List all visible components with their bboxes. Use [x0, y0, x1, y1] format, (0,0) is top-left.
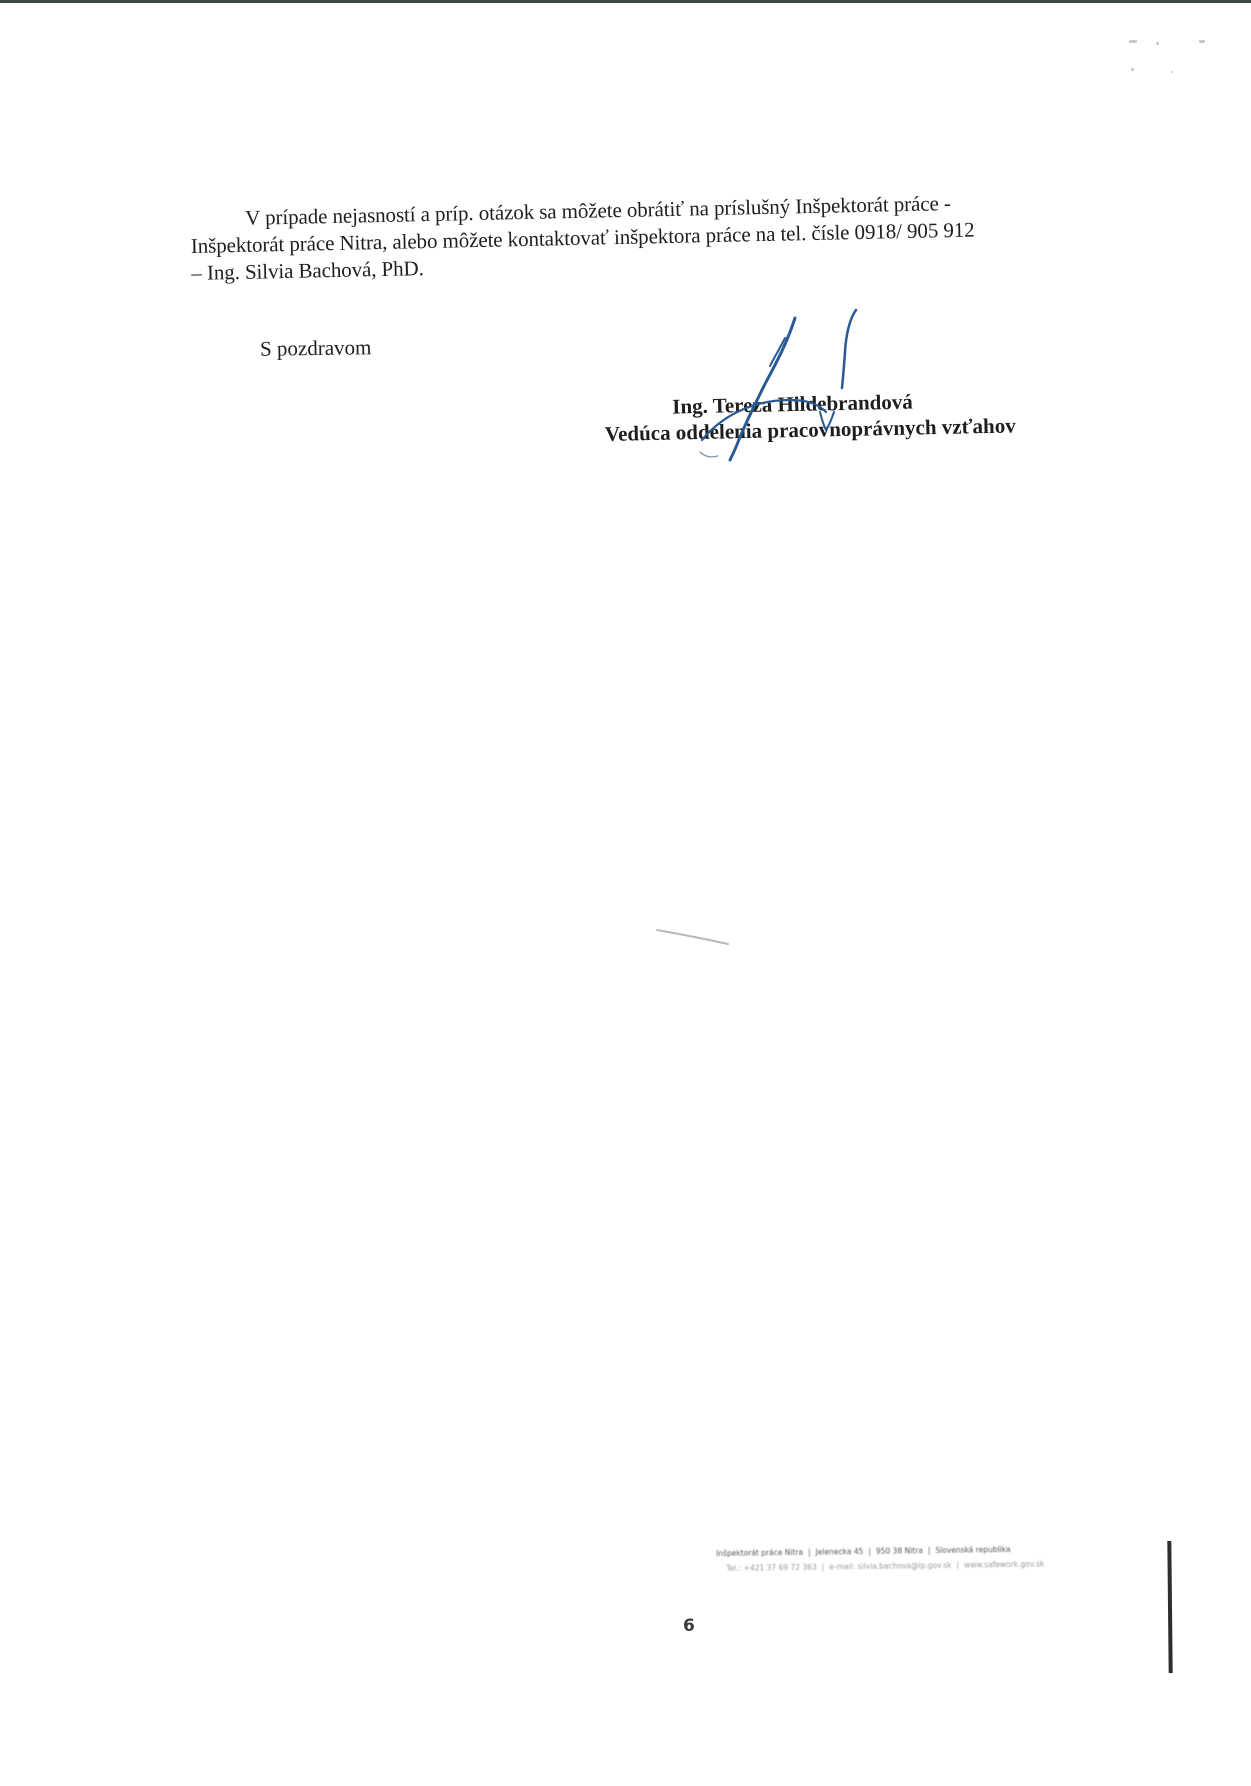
scan-top-edge	[0, 0, 1251, 3]
footer-street: Jelenecka 45	[816, 1547, 864, 1557]
letterhead-footer: Inšpektorát práce Nitra|Jelenecka 45|950…	[716, 1540, 1156, 1576]
scan-speck	[1199, 40, 1205, 43]
footer-country: Slovenská republika	[935, 1545, 1010, 1555]
scan-speck	[1156, 42, 1159, 45]
page-number: 6	[683, 1616, 695, 1636]
footer-email[interactable]: e-mail: silvia.bachova@ip.gov.sk	[829, 1561, 951, 1572]
footer-org: Inšpektorát práce Nitra	[716, 1548, 803, 1558]
footer-city: 950 38 Nitra	[876, 1546, 923, 1556]
scan-speck	[1171, 71, 1173, 73]
scan-speck	[1129, 40, 1137, 43]
scan-stray-line	[655, 928, 730, 946]
scan-speck	[1131, 68, 1134, 71]
footer-vertical-rule	[1167, 1541, 1172, 1673]
body-paragraph: V prípade nejasností a príp. otázok sa m…	[190, 188, 1072, 287]
footer-phone: Tel.: +421 37 69 72 363	[726, 1563, 817, 1573]
scan-artifacts	[1111, 36, 1221, 76]
closing-greeting: S pozdravom	[260, 335, 372, 362]
footer-website[interactable]: www.safework.gov.sk	[964, 1559, 1044, 1569]
handwritten-signature-icon	[680, 300, 880, 470]
